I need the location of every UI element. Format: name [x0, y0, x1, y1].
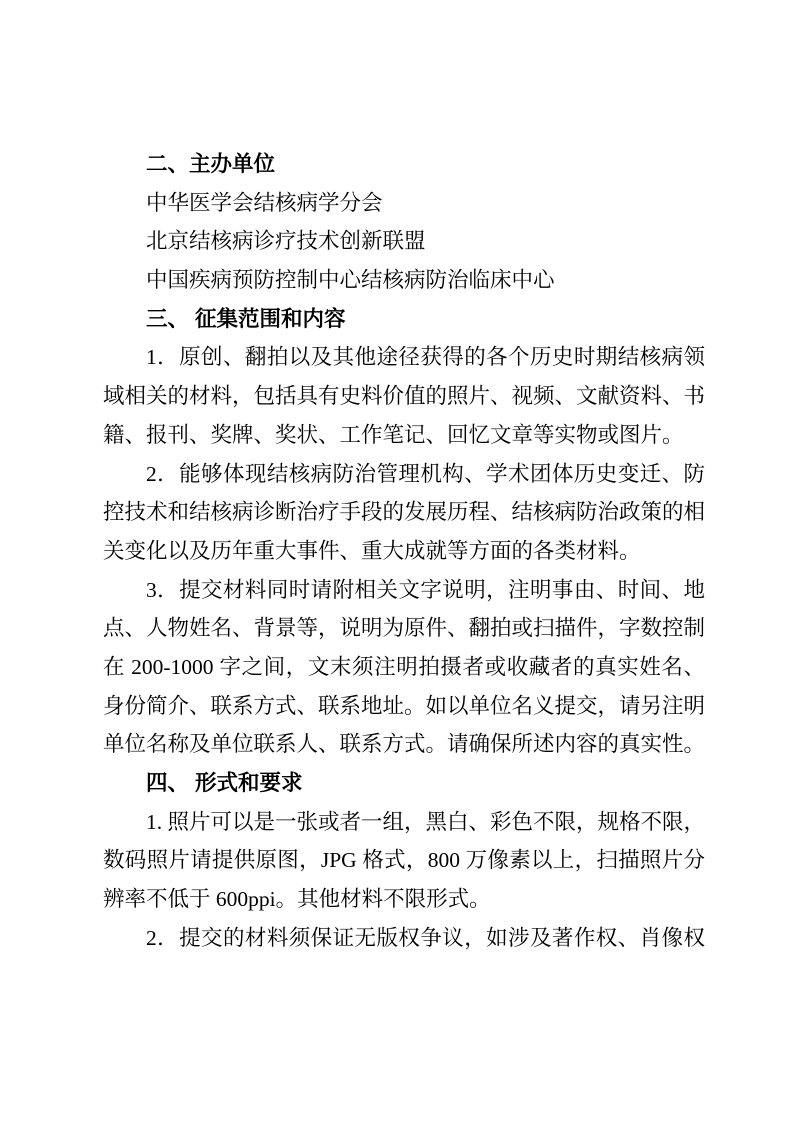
scope-item-1-line-3: 籍、报刊、奖牌、奖状、工作笔记、回忆文章等实物或图片。	[103, 416, 705, 455]
heading-format-requirements: 四、 形式和要求	[103, 764, 705, 803]
organizer-line-1: 中华医学会结核病学分会	[103, 184, 705, 223]
format-item-1-line-2: 数码照片请提供原图，JPG 格式，800 万像素以上，扫描照片分	[103, 841, 705, 880]
scope-item-1-line-1: 1．原创、翻拍以及其他途径获得的各个历史时期结核病领	[103, 338, 705, 377]
scope-item-2-line-1: 2．能够体现结核病防治管理机构、学术团体历史变迁、防	[103, 455, 705, 494]
organizer-line-2: 北京结核病诊疗技术创新联盟	[103, 222, 705, 261]
organizer-line-3: 中国疾病预防控制中心结核病防治临床中心	[103, 261, 705, 300]
format-item-1-line-3: 辨率不低于 600ppi。其他材料不限形式。	[103, 880, 705, 919]
document-page: 二、主办单位 中华医学会结核病学分会 北京结核病诊疗技术创新联盟 中国疾病预防控…	[0, 0, 793, 1122]
scope-item-2-line-3: 关变化以及历年重大事件、重大成就等方面的各类材料。	[103, 532, 705, 571]
scope-item-3-line-4: 身份简介、联系方式、联系地址。如以单位名义提交，请另注明	[103, 687, 705, 726]
scope-item-3-line-2: 点、人物姓名、背景等，说明为原件、翻拍或扫描件，字数控制	[103, 609, 705, 648]
heading-organizers: 二、主办单位	[103, 145, 705, 184]
scope-item-3-line-1: 3．提交材料同时请附相关文字说明，注明事由、时间、地	[103, 571, 705, 610]
heading-collection-scope: 三、 征集范围和内容	[103, 300, 705, 339]
scope-item-3-line-3: 在 200-1000 字之间，文末须注明拍摄者或收藏者的真实姓名、	[103, 648, 705, 687]
format-item-1-line-1: 1. 照片可以是一张或者一组，黑白、彩色不限，规格不限，	[103, 803, 705, 842]
scope-item-1-line-2: 域相关的材料，包括具有史料价值的照片、视频、文献资料、书	[103, 377, 705, 416]
scope-item-2-line-2: 控技术和结核病诊断治疗手段的发展历程、结核病防治政策的相	[103, 493, 705, 532]
format-item-2-line-1: 2．提交的材料须保证无版权争议，如涉及著作权、肖像权	[103, 919, 705, 958]
scope-item-3-line-5: 单位名称及单位联系人、联系方式。请确保所述内容的真实性。	[103, 725, 705, 764]
document-content: 二、主办单位 中华医学会结核病学分会 北京结核病诊疗技术创新联盟 中国疾病预防控…	[103, 145, 705, 957]
